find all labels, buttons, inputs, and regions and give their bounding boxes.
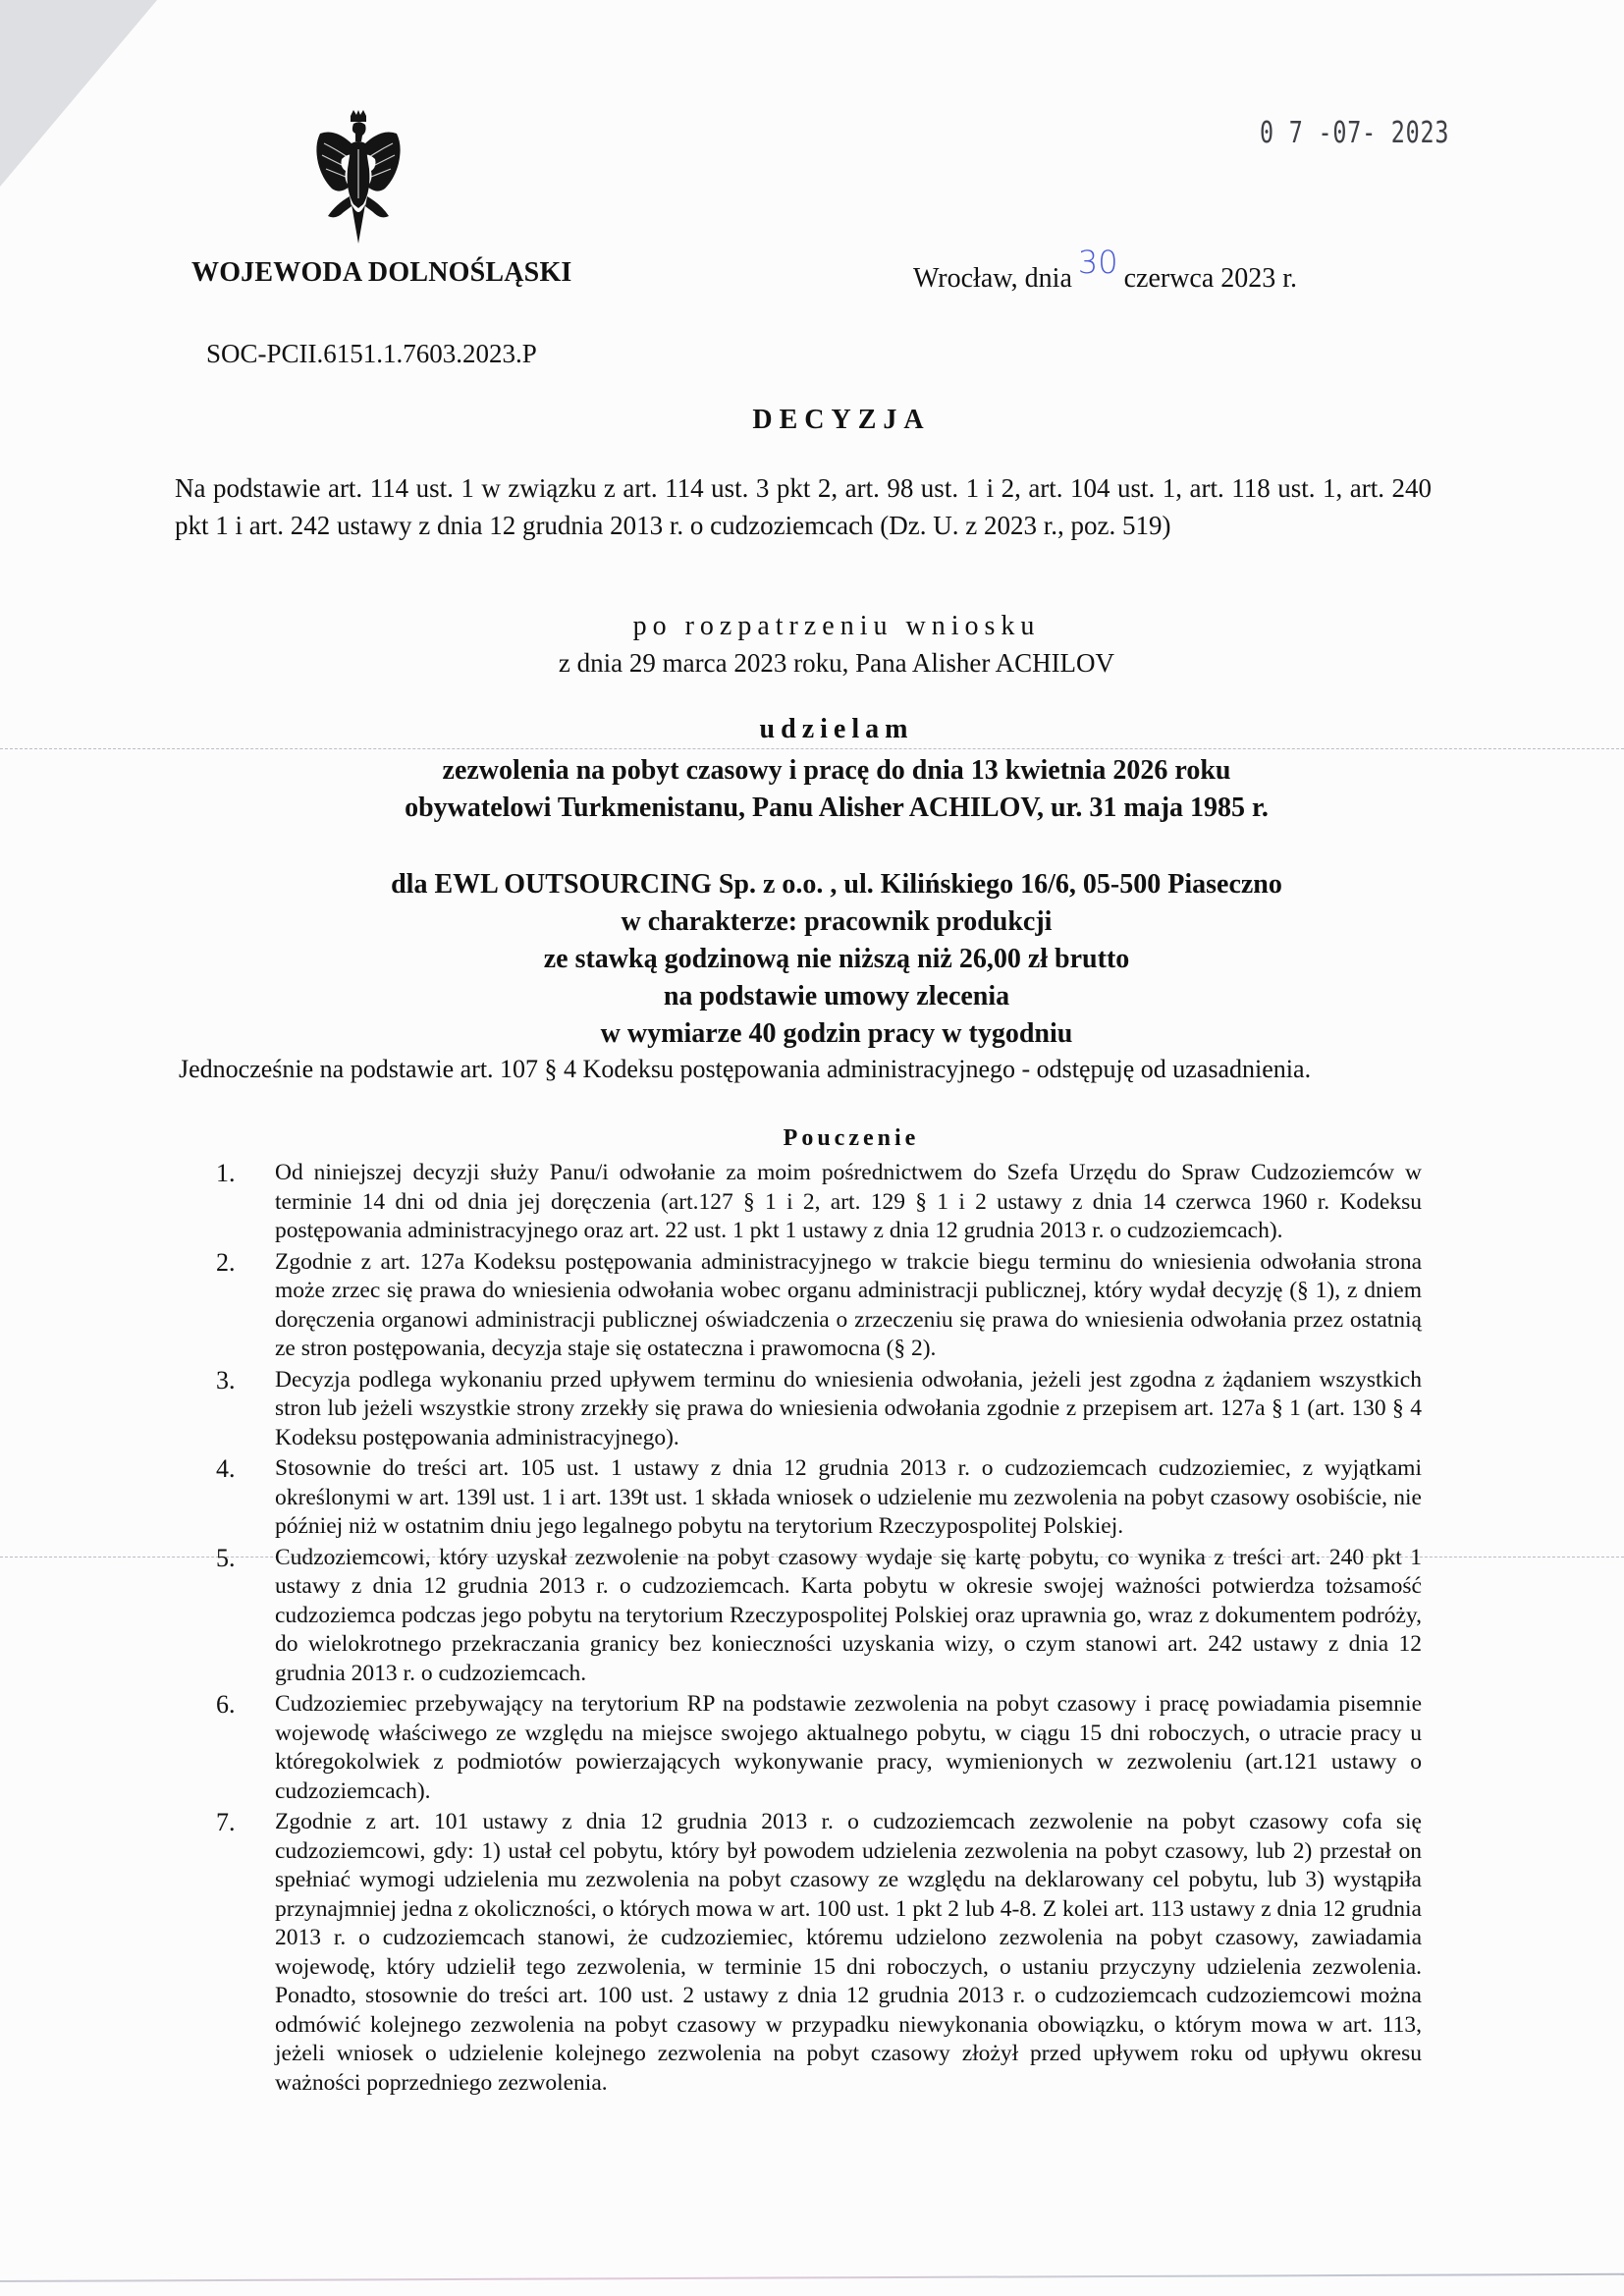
item-number: 2.: [216, 1248, 236, 1278]
document-title: DECYZJA: [0, 405, 1624, 436]
item-number: 1.: [216, 1159, 236, 1188]
place-prefix: Wrocław, dnia: [913, 263, 1072, 294]
justification-waiver: Jednocześnie na podstawie art. 107 § 4 K…: [179, 1055, 1311, 1084]
item-number: 5.: [216, 1544, 236, 1573]
item-text: Decyzja podlega wykonaniu przed upływem …: [275, 1367, 1422, 1450]
page-bottom-edge: [0, 2273, 1624, 2282]
item-text: Cudzoziemiec przebywający na terytorium …: [275, 1691, 1422, 1804]
instructions-title: Pouczenie: [0, 1125, 1624, 1152]
item-number: 3.: [216, 1366, 236, 1395]
item-number: 6.: [216, 1690, 236, 1720]
grant-block: udzielam zezwolenia na pobyt czasowy i p…: [0, 711, 1624, 1053]
employer-line: dla EWL OUTSOURCING Sp. z o.o. , ul. Kil…: [49, 866, 1624, 903]
hours-line: w wymiarze 40 godzin pracy w tygodniu: [49, 1015, 1624, 1053]
instructions-list: 1. Od niniejszej decyzji służy Panu/i od…: [216, 1159, 1422, 2100]
place-and-date: Wrocław, dnia30czerwca 2023 r.: [913, 257, 1297, 295]
grant-heading: udzielam: [49, 711, 1624, 748]
contract-line: na podstawie umowy zlecenia: [49, 978, 1624, 1015]
instruction-item: 4. Stosownie do treści art. 105 ust. 1 u…: [216, 1454, 1422, 1542]
review-block: po rozpatrzeniu wniosku z dnia 29 marca …: [0, 611, 1624, 680]
permit-line: zezwolenia na pobyt czasowy i pracę do d…: [49, 752, 1624, 790]
wage-line: ze stawką godzinową nie niższą niż 26,00…: [49, 941, 1624, 978]
item-text: Od niniejszej decyzji służy Panu/i odwoł…: [275, 1160, 1422, 1243]
application-line: z dnia 29 marca 2023 roku, Pana Alisher …: [49, 646, 1624, 680]
item-text: Stosownie do treści art. 105 ust. 1 usta…: [275, 1455, 1422, 1539]
item-text: Zgodnie z art. 101 ustawy z dnia 12 grud…: [275, 1809, 1422, 2096]
position-line: w charakterze: pracownik produkcji: [49, 903, 1624, 941]
date-suffix: czerwca 2023 r.: [1124, 263, 1297, 294]
folded-corner: [0, 0, 157, 187]
instruction-item: 1. Od niniejszej decyzji służy Panu/i od…: [216, 1159, 1422, 1246]
handwritten-day: 30: [1078, 244, 1118, 281]
instruction-item: 2. Zgodnie z art. 127a Kodeksu postępowa…: [216, 1248, 1422, 1364]
item-number: 4.: [216, 1454, 236, 1484]
received-date-stamp: 0 7 -07- 2023: [1260, 116, 1449, 150]
instruction-item: 3. Decyzja podlega wykonaniu przed upływ…: [216, 1366, 1422, 1453]
instruction-item: 5. Cudzoziemcowi, który uzyskał zezwolen…: [216, 1544, 1422, 1689]
person-line: obywatelowi Turkmenistanu, Panu Alisher …: [49, 790, 1624, 827]
polish-eagle-icon: [314, 110, 403, 252]
case-number: SOC-PCII.6151.1.7603.2023.P: [206, 339, 537, 369]
document-page: 0 7 -07- 2023 WOJEWODA DOLNOŚLĄSKI Wrocł…: [0, 0, 1624, 2296]
instruction-item: 6. Cudzoziemiec przebywający na terytori…: [216, 1690, 1422, 1806]
legal-basis-paragraph: Na podstawie art. 114 ust. 1 w związku z…: [175, 469, 1432, 544]
item-text: Zgodnie z art. 127a Kodeksu postępowania…: [275, 1249, 1422, 1362]
issuing-authority: WOJEWODA DOLNOŚLĄSKI: [191, 257, 572, 289]
item-number: 7.: [216, 1808, 236, 1837]
instruction-item: 7. Zgodnie z art. 101 ustawy z dnia 12 g…: [216, 1808, 1422, 2098]
review-heading: po rozpatrzeniu wniosku: [49, 611, 1624, 642]
item-text: Cudzoziemcowi, który uzyskał zezwolenie …: [275, 1545, 1422, 1686]
